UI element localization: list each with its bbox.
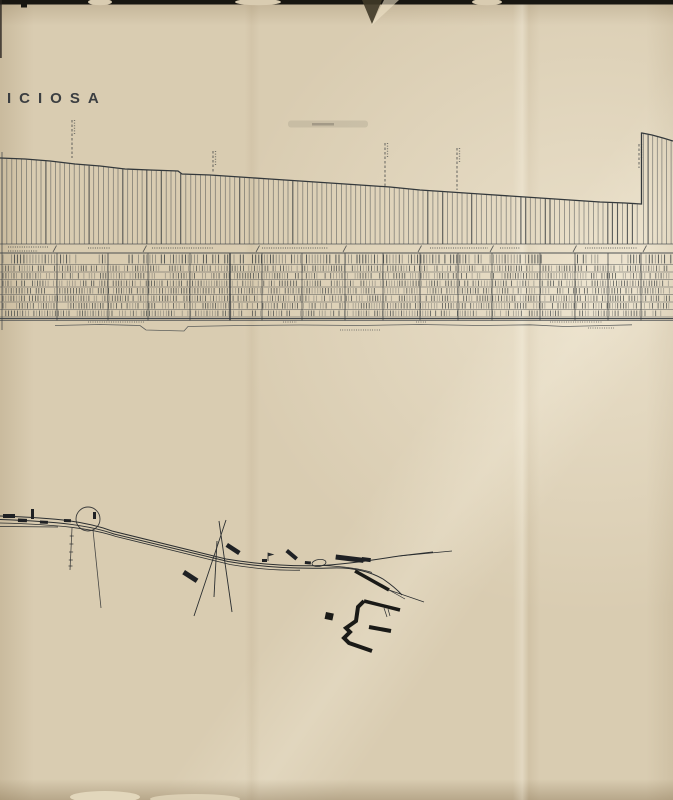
spike-triangle-line (214, 541, 217, 597)
corner-mark (21, 2, 27, 8)
ground-reference-line (55, 325, 632, 332)
fan-line (388, 609, 390, 616)
survey-line (70, 528, 72, 570)
band-separator-slash (143, 246, 147, 253)
tick-row-values (8, 273, 669, 279)
building (226, 543, 241, 555)
route-plan-map (0, 507, 452, 651)
siding-loop (312, 559, 327, 568)
road-zigzag (344, 601, 372, 651)
flag-marker (268, 553, 273, 561)
building (64, 519, 71, 522)
scan-edge-artifacts (0, 0, 673, 127)
tick-row-values (3, 281, 663, 287)
building (305, 561, 311, 565)
tick-row-distances (3, 255, 662, 264)
building (285, 549, 298, 560)
gradient-band-labels (8, 246, 647, 253)
profile-hatching (2, 134, 671, 244)
annotation-posts (72, 120, 642, 190)
tick-row-values (3, 266, 659, 272)
pencil-smudge-dark (312, 123, 334, 126)
band-separator-slash (490, 246, 494, 253)
tick-row-values (6, 288, 659, 294)
band-separator-slash (573, 246, 577, 253)
building (93, 512, 96, 519)
building-square (325, 612, 334, 621)
band-separator-slash (418, 246, 422, 253)
building (40, 521, 48, 524)
scanned-drawing-page: VICIOSA (0, 0, 673, 800)
building (3, 514, 15, 518)
profile-hatching-dark (46, 135, 648, 244)
spike-triangle-line (219, 521, 232, 612)
tick-row-values (3, 303, 666, 309)
left-scanner-edge (0, 0, 2, 58)
fan-line (389, 590, 424, 602)
fan-line (384, 608, 387, 617)
profile-data-bands (0, 244, 673, 331)
tick-row-values (20, 311, 661, 317)
building (31, 509, 34, 519)
building (18, 519, 27, 523)
road-dash (369, 627, 391, 631)
band-separator-slash (53, 246, 57, 253)
band-separator-slash (256, 246, 260, 253)
band-separator-slash (343, 246, 347, 253)
building (262, 559, 267, 562)
survey-line (93, 530, 101, 608)
tick-row-values (3, 288, 669, 294)
band-separator-slash (643, 246, 647, 253)
building (335, 555, 363, 563)
track-line (0, 527, 58, 528)
road-zigzag-arm (364, 601, 400, 610)
tick-row-values (6, 303, 669, 309)
track-line (399, 551, 452, 556)
drawing-canvas (0, 0, 673, 800)
tick-row-distances (15, 255, 671, 264)
building (182, 570, 198, 583)
sheet-title: VICIOSA (0, 90, 107, 107)
